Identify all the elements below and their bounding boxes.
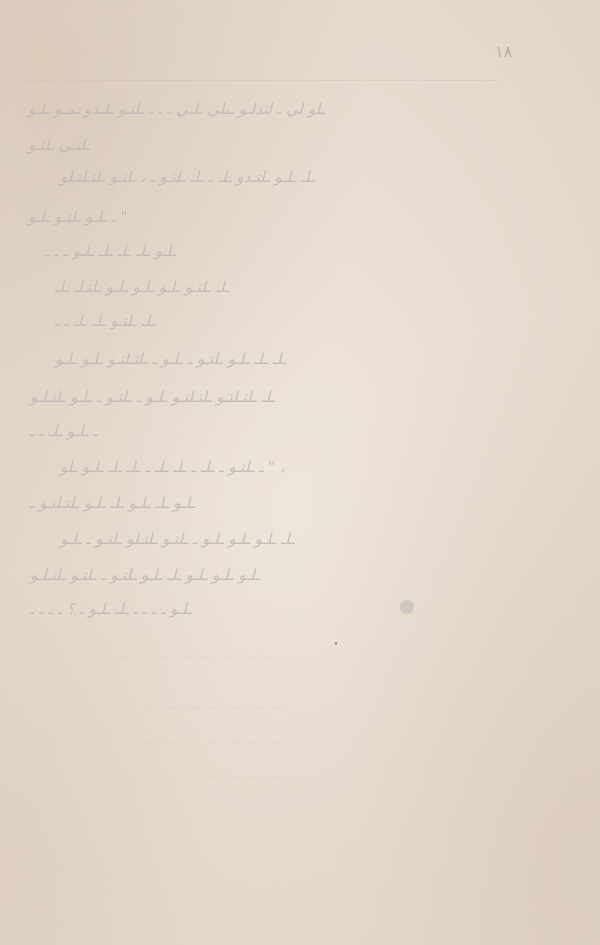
text-line: ـلـ ـلتـو ـلـ ـلـ ـ ـ — [55, 312, 155, 330]
bleed-through-line: — — — — — — — — — — — [100, 770, 305, 785]
text-line: ـلـو ـلـ ـلـو ـلـ ـلـو ـلتـلتـو ـ — [30, 494, 195, 512]
text-line: ـلو لي ـ لتدلـو ـبلي ـلـي ـ ـ ـ ـلتـو ـل… — [28, 100, 325, 118]
text-line: ـلـ ـلـو ـلتـدو ـلـ ـ ـلـ ـلتـو ـ ، ـلتـ… — [60, 168, 314, 186]
ink-dot — [335, 642, 337, 645]
text-line: ـ ـلتـو ـ ـلـ ـ ـلـ ـلـ ـ ـلـ ـلـ ـلـو ـ… — [60, 458, 285, 476]
text-line: ـلـ ـلـ ـلـو ـلتـو ـ ـلـو ـ ـلتـلتـو ـلـ… — [55, 350, 286, 368]
bleed-through-line: — — — — — — — — — — [95, 650, 279, 665]
text-line: ـلـ ـلتـو ـلـو ـلـو ـلـو ـلتـلـ ـلـ — [55, 278, 229, 296]
text-line: ـلـو ـ ـ ـ ـ ـلـ ـلـو ـ ؟ ـ ـ ـ ـ — [30, 600, 192, 618]
handwritten-text: ـلو لي ـ لتدلـو ـبلي ـلـي ـ ـ ـ ـلتـو ـل… — [0, 0, 600, 945]
text-line: ـلـ ـلـو ـلـو ـلـو ـ ـلتـو ـلتـلو ـلتـو … — [60, 530, 295, 548]
bleed-through-line: — — — — — — — — — — — — [60, 700, 286, 715]
text-line: ـلتـي ـلتـو — [28, 136, 90, 154]
text-line: ـلـو ـلـ ـلـ ـلـ ـلـو ـ ـ ـ — [45, 242, 176, 260]
bleed-through-line: — — — — — — — — — — — [80, 735, 285, 750]
manuscript-page: ·· · ١٨ ـلو لي ـ لتدلـو ـبلي ـلـي ـ ـ ـ … — [0, 0, 600, 945]
text-line: ـلـو ـلـو ـلـو ـلـ ـلـو ـلتـو ـ ـلتـو ـل… — [30, 566, 260, 584]
text-line: ـلـ ـلتـلتـو ـلتـلتـو ـلـو ـ ـلتـو ـ ـلـ… — [30, 388, 275, 406]
ink-blot — [400, 600, 414, 614]
text-line: ـ ـلـو ـلتـو ـلـو " — [28, 208, 127, 226]
text-line: ـ ـلـو ـلـ ـ ـ — [30, 422, 98, 440]
